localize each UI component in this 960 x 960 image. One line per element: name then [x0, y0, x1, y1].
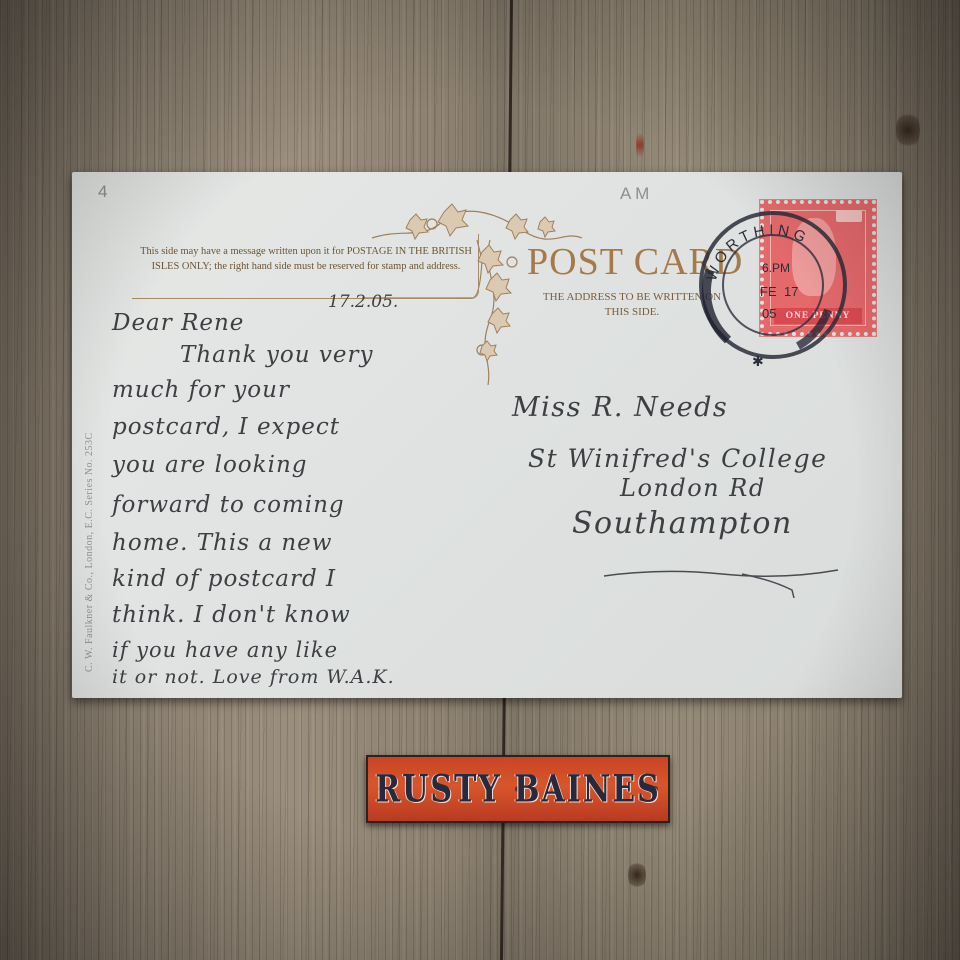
postmark-year: 05: [762, 306, 776, 321]
message-notice: This side may have a message written upo…: [136, 244, 476, 274]
handwritten-date: 17.2.05.: [328, 292, 398, 312]
wood-knot: [896, 110, 920, 150]
postmark-time: 6.PM: [762, 261, 790, 275]
wood-knot: [628, 860, 646, 890]
postmark-month: FE: [760, 284, 777, 299]
message-line: you are looking: [112, 452, 307, 478]
publisher-imprint: C. W. Faulkner & Co., London, E.C. Serie…: [84, 432, 95, 672]
message-line: postcard, I expect: [112, 414, 340, 440]
message-line: kind of postcard I: [112, 566, 336, 592]
address-line: Miss R. Needs: [512, 392, 728, 423]
pencil-mark-top-left: 4: [98, 182, 107, 202]
message-line: Dear Rene: [112, 310, 244, 336]
badge-text: RUSTY BAINES: [375, 767, 661, 811]
message-line: forward to coming: [112, 492, 345, 518]
message-line: home. This a new: [112, 530, 332, 556]
postmark-day: 17: [784, 284, 798, 299]
message-line: it or not. Love from W.A.K.: [112, 666, 395, 688]
message-line: Thank you very: [180, 342, 374, 368]
postmark-town: WORTHING: [703, 222, 812, 284]
address-line: St Winifred's College: [528, 444, 827, 473]
svg-text:WORTHING: WORTHING: [703, 222, 812, 284]
svg-text:✱: ✱: [752, 353, 764, 369]
message-line: if you have any like: [112, 638, 338, 662]
wood-knot: [636, 128, 644, 162]
address-line: Southampton: [572, 506, 793, 541]
postcard: 4 A M This side may have a message writt…: [72, 172, 902, 698]
pencil-mark-top-right: A M: [620, 184, 649, 204]
underline-flourish-icon: [602, 562, 842, 602]
address-line: London Rd: [620, 474, 766, 502]
postmark-icon: WORTHING 6.PM FE 17 05 ✱: [688, 200, 858, 370]
message-line: think. I don't know: [112, 602, 351, 628]
message-line: much for your: [112, 377, 290, 403]
rusty-baines-badge: RUSTY BAINES: [366, 755, 670, 823]
